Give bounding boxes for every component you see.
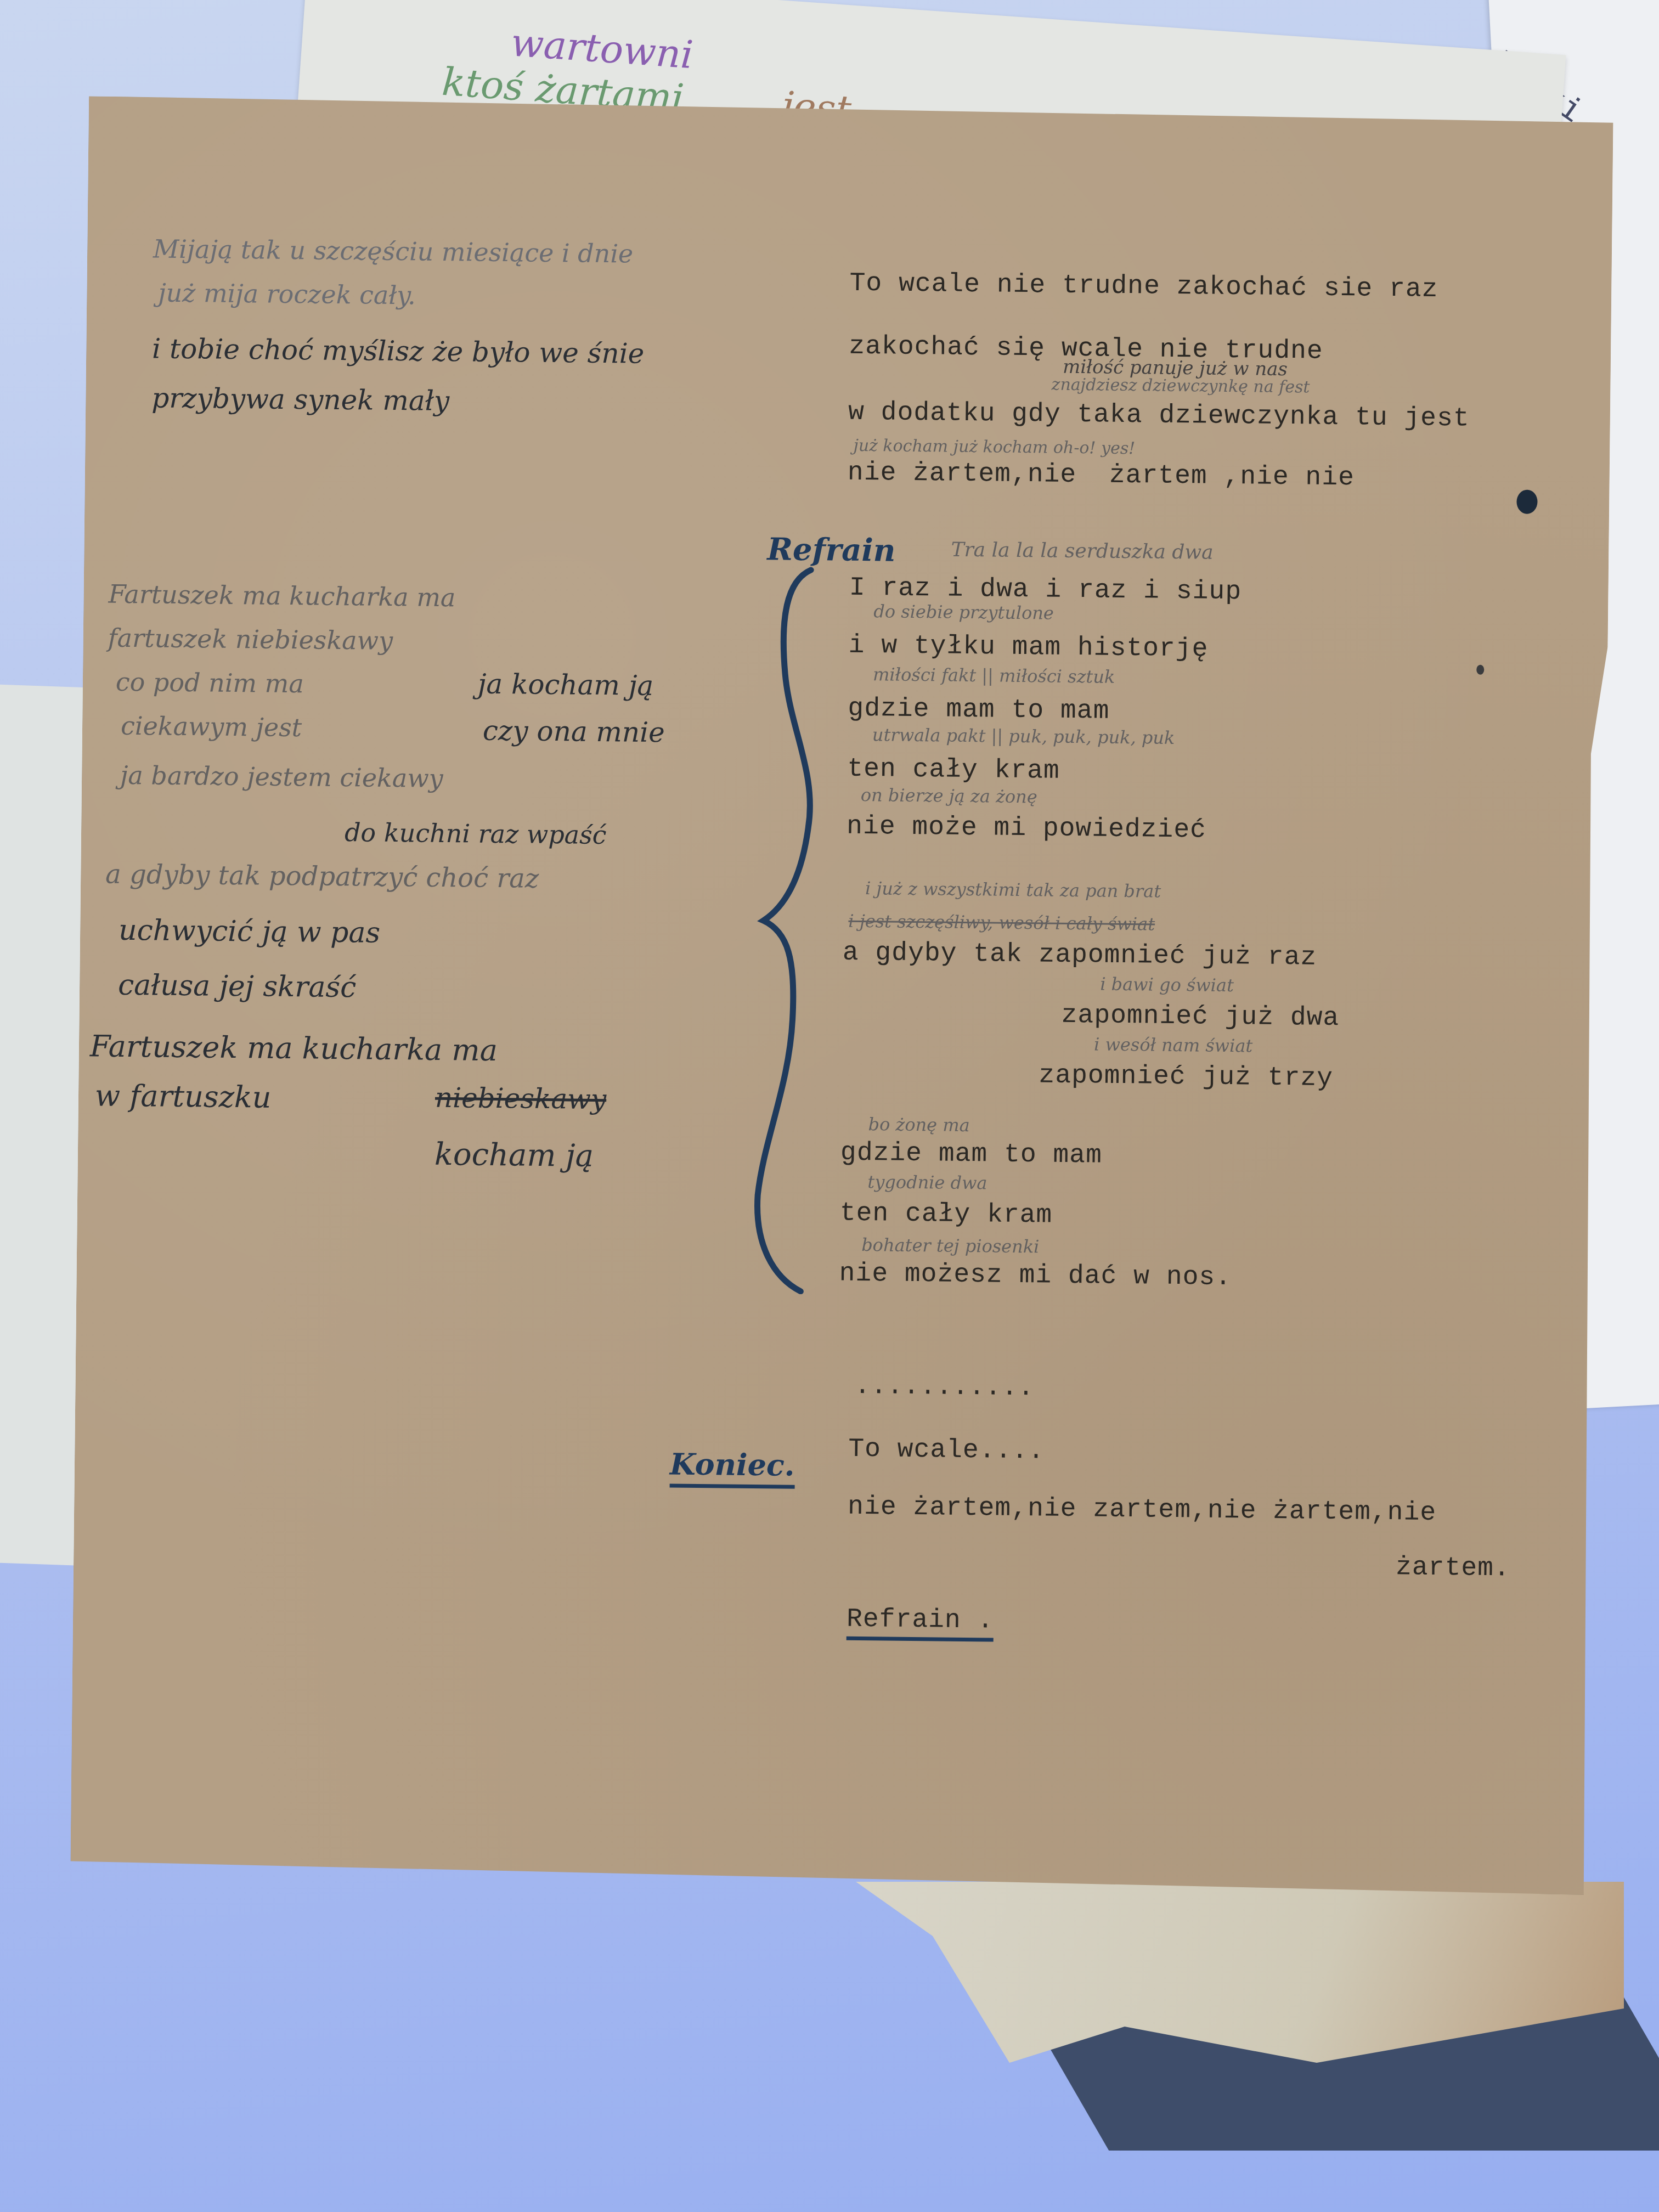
note-line: a gdyby tak podpatrzyć choć raz [105, 859, 539, 894]
note-line: całusa jej skraść [118, 969, 357, 1005]
annotation: i bawi go świat [1100, 974, 1234, 996]
note-line: fartuszek niebieskawy [108, 623, 393, 656]
typed-line: gdzie mam to mam [840, 1138, 1102, 1171]
note-line: i tobie choć myślisz że było we śnie [152, 332, 645, 369]
note-line: ja kocham ją [478, 668, 654, 702]
note-line: ja bardzo jestem ciekawy [120, 760, 443, 793]
typed-line: nie możesz mi dać w nos. [839, 1259, 1232, 1293]
ink-blot [1516, 489, 1537, 513]
typed-line: nie żartem,nie zartem,nie żartem,nie [848, 1492, 1436, 1528]
typed-line: w dodatku gdy taka dziewczynka tu jest [848, 398, 1470, 434]
typed-line: To wcale.... [848, 1435, 1045, 1466]
brace-icon [751, 564, 825, 1294]
note-line: do kuchni raz wpaść [345, 817, 607, 850]
annotation: utrwala pakt || puk, puk, puk, puk [872, 724, 1175, 748]
note-line: co pod nim ma [116, 667, 304, 699]
annotation: i wesół nam świat [1094, 1034, 1253, 1056]
annotation: już kocham już kocham oh-o! yes! [853, 436, 1135, 458]
typed-line: ten cały kram [847, 754, 1060, 786]
note-line: uchwycić ją w pas [119, 914, 381, 950]
typed-line: żartem. [1396, 1553, 1510, 1583]
typed-line: gdzie mam to mam [848, 694, 1109, 726]
koniec-label: Koniec. [670, 1446, 795, 1488]
annotation: tygodnie dwa [867, 1171, 987, 1193]
note-line: kocham ją [435, 1137, 594, 1174]
annotation: bo żonę ma [868, 1114, 970, 1136]
annotation: bohater tej piosenki [861, 1234, 1040, 1257]
note-line-struck: niebieskawy [435, 1082, 607, 1115]
typed-line: zapomnieć już dwa [1061, 1001, 1339, 1033]
ink-blot [1476, 665, 1484, 675]
annotation-struck: i jest szczęśliwy, wesół i cały świat [848, 911, 1155, 935]
annotation: i już z wszystkimi tak za pan brat [865, 878, 1161, 902]
annotation: Tra la la la serduszka dwa [951, 539, 1213, 564]
separator: ........... [854, 1372, 1034, 1403]
note-line: przybywa synek mały [151, 382, 449, 417]
annotation: do siebie przytulone [873, 601, 1054, 623]
annotation: miłości fakt || miłości sztuk [873, 664, 1115, 687]
annotation: on bierze ją za żonę [861, 785, 1037, 807]
refrain-label-handwritten: Refrain [767, 531, 896, 568]
annotation: znajdziesz dziewczynkę na fest [1052, 375, 1310, 397]
refrain-reference: Refrain . [847, 1605, 994, 1642]
document-sheet: Mijają tak u szczęściu miesiące i dnie j… [70, 96, 1652, 1895]
note-line: Mijają tak u szczęściu miesiące i dnie [153, 234, 634, 268]
note-line: Fartuszek ma kucharka ma [90, 1029, 498, 1068]
typed-line: nie może mi powiedzieć [847, 812, 1206, 845]
note-line: już mija roczek cały. [158, 278, 416, 311]
typed-line: To wcale nie trudne zakochać sie raz [849, 269, 1438, 304]
note-line: w fartuszku [95, 1078, 272, 1114]
typed-line: ten cały kram [840, 1199, 1053, 1231]
typed-line: i w tyłku mam historję [848, 631, 1208, 664]
note-line: czy ona mnie [483, 715, 665, 748]
typed-line: a gdyby tak zapomnieć już raz [843, 938, 1317, 973]
note-line: Fartuszek ma kucharka ma [108, 579, 455, 613]
typed-line: nie żartem,nie żartem ,nie nie [848, 458, 1355, 493]
typed-line: zapomnieć już trzy [1039, 1060, 1333, 1093]
note-line: ciekawym jest [121, 711, 302, 742]
